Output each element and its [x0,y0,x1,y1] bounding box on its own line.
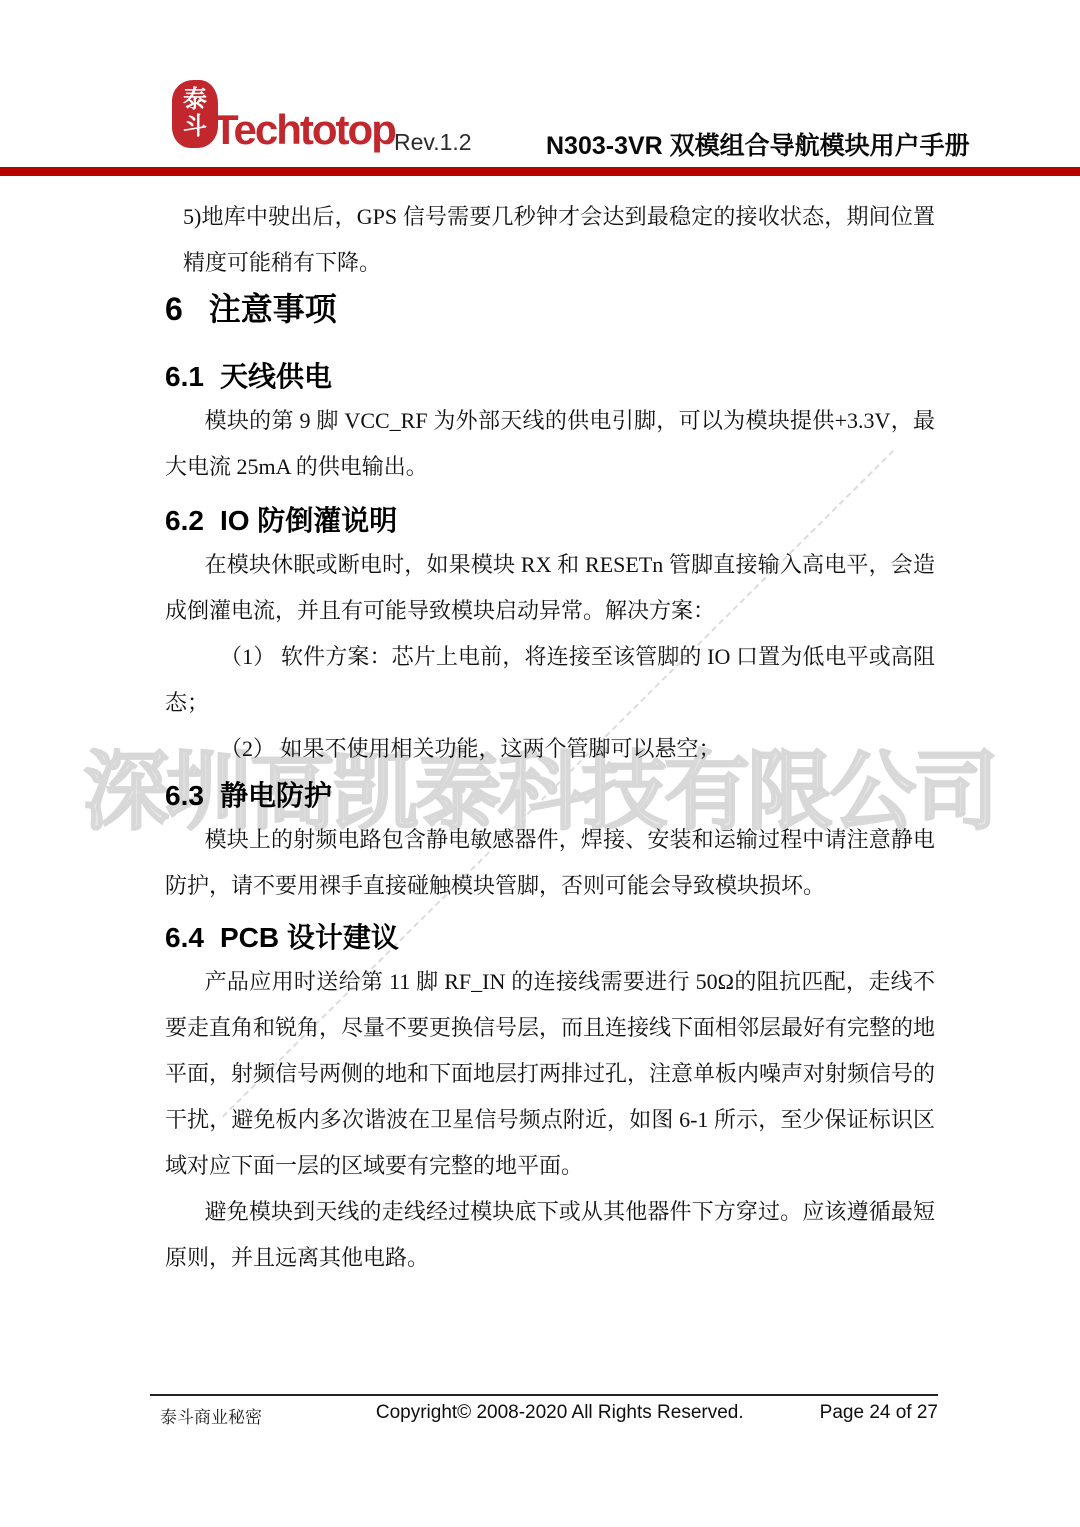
header-divider-bar [0,167,1080,176]
section-6-1-title: 天线供电 [220,361,332,392]
section-6-3-paragraph: 模块上的射频电路包含静电敏感器件，焊接、安装和运输过程中请注意静电防护，请不要用… [165,817,935,909]
section-6-number: 6 [165,286,183,332]
page-header: 泰 斗 Techtotop Rev.1.2 N303-3VR 双模组合导航模块用… [0,0,1080,176]
section-6-1-heading: 6.1天线供电 [165,356,935,398]
section-6-4-paragraph-2: 避免模块到天线的走线经过模块底下或从其他器件下方穿过。应该遵循最短原则，并且远离… [165,1189,935,1281]
section-6-heading: 6注意事项 [165,286,935,332]
section-6-1-paragraph: 模块的第 9 脚 VCC_RF 为外部天线的供电引脚，可以为模块提供+3.3V，… [165,398,935,490]
document-title: N303-3VR 双模组合导航模块用户手册 [546,126,970,162]
section-6-2-heading: 6.2IO 防倒灌说明 [165,500,935,542]
section-6-4-title: PCB 设计建议 [220,922,399,953]
section-6-title: 注意事项 [209,291,337,327]
section-6-3-title: 静电防护 [220,780,332,811]
section-6-2-title: IO 防倒灌说明 [220,505,397,536]
page-content: 5)地库中驶出后，GPS 信号需要几秒钟才会达到最稳定的接收状态，期间位置精度可… [165,194,935,1281]
list-item-5-continued: 5)地库中驶出后，GPS 信号需要几秒钟才会达到最稳定的接收状态，期间位置精度可… [165,194,935,286]
section-6-4-heading: 6.4PCB 设计建议 [165,917,935,959]
page-number: Page 24 of 27 [820,1402,938,1424]
revision-label: Rev.1.2 [394,129,472,156]
section-6-1-number: 6.1 [165,356,204,398]
section-6-2-list-item-1: （1） 软件方案：芯片上电前，将连接至该管脚的 IO 口置为低电平或高阻态； [165,634,935,726]
seal-bottom-char: 斗 [183,114,207,141]
manual-page: 泰 斗 Techtotop Rev.1.2 N303-3VR 双模组合导航模块用… [0,0,1080,1527]
section-6-2-number: 6.2 [165,500,204,542]
seal-top-char: 泰 [183,87,207,114]
techtotop-seal-logo-icon: 泰 斗 [172,80,218,148]
section-6-2-list-item-2: （2） 如果不使用相关功能，这两个管脚可以悬空； [165,726,935,772]
section-6-2-paragraph: 在模块休眠或断电时，如果模块 RX 和 RESETn 管脚直接输入高电平，会造成… [165,542,935,634]
confidentiality-label: 泰斗商业秘密 [160,1403,262,1428]
page-footer: 泰斗商业秘密 Copyright© 2008-2020 All Rights R… [150,1400,938,1430]
section-6-3-number: 6.3 [165,775,204,817]
section-6-4-number: 6.4 [165,917,204,959]
section-6-3-heading: 6.3静电防护 [165,775,935,817]
footer-divider-rule [150,1394,938,1396]
brand-wordmark: Techtotop [213,106,395,154]
copyright-text: Copyright© 2008-2020 All Rights Reserved… [376,1402,744,1424]
section-6-4-paragraph-1: 产品应用时送给第 11 脚 RF_IN 的连接线需要进行 50Ω的阻抗匹配，走线… [165,959,935,1189]
